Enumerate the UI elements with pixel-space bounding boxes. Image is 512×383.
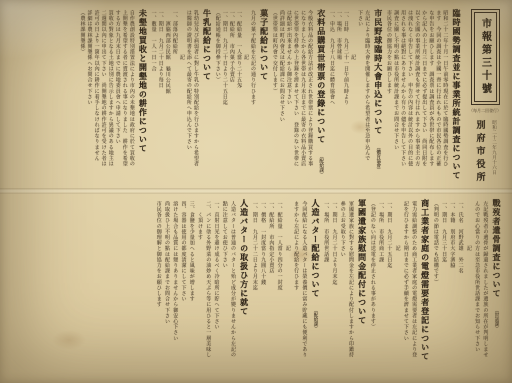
text-column: 記 bbox=[394, 201, 400, 378]
text-column: 一、部落內配給所 bbox=[172, 10, 178, 186]
text-column: 一、配給所 市內菓子小賣店 bbox=[229, 10, 235, 186]
text-column: （登記のない向は送電を停止される事があります） bbox=[370, 201, 376, 378]
text-column: 一、期日 九月二十日より月末迄 bbox=[331, 201, 337, 378]
text-column: んのでお心當りの方は至急市役所世話課までお知らせ下さい bbox=[474, 201, 480, 378]
section-headline: 市民野球臨時大會申込について （體育協會） bbox=[373, 9, 383, 186]
text-column: 記 bbox=[466, 201, 472, 378]
article-clothing-register: 衣料品購買世帯票の登錄について （配給課） 今般衣料品の配給方法が改正され世帯票… bbox=[272, 8, 326, 186]
department-attribution: （配給課） bbox=[313, 308, 318, 331]
text-column: 一、數量 一人一日一合 bbox=[150, 10, 156, 186]
text-column: 一、期日 九月三十日迄 bbox=[441, 201, 447, 378]
text-column: 自作農創設特別措置法により市內の未墾地は政府に於て買收の bbox=[129, 10, 135, 186]
text-column: 一、本籍 別府市大字濱脇 bbox=[449, 201, 455, 378]
text-column: 四、容器は使用の都度淸潔にして下さい bbox=[180, 201, 186, 378]
article-candy-ration: 菓子配給について 九月の菓子配給を左記の通り行ひます 記一、配給量 一人當り二十… bbox=[215, 8, 269, 186]
scanned-bulletin-page: 市報第三十號 （每月二回發行） 別府市役所 昭和二十二年九月十六日 臨時國勢調査… bbox=[0, 0, 512, 383]
text-column: 今回配給になる人造バターは榮養價に富み貯藏にも便利であり bbox=[301, 201, 307, 378]
article-electric-light-registry: 商工業者家庭の電燈需要者登記について 電力需給調整のため商工業者家庭の電燈需要者… bbox=[370, 198, 430, 378]
publication-date: 昭和二十二年九月十六日 bbox=[491, 120, 497, 175]
text-column: 一、期日 九月二十五日迄 bbox=[386, 201, 392, 378]
text-column: は洩れなく申告して下さい 申告の內容は統計以外の目的に使 bbox=[407, 10, 413, 186]
department-attribution: （世話課） bbox=[494, 308, 499, 331]
text-column: する方は九月末日までに農地委員會へ申請して下さい bbox=[114, 10, 120, 186]
text-column: 一、日時 九月二十一日午前九時より bbox=[343, 10, 349, 186]
text-column: 一、場所 市役所世話課 bbox=[323, 201, 329, 378]
section-headline: 商工業者家庭の電燈需要者登記について bbox=[420, 199, 430, 378]
department-attribution: （體育協會） bbox=[375, 145, 380, 172]
article-body: 左記戰歿者の遺骨が歸還されましたが遺族の所在が判明しませんのでお心當りの方は至急… bbox=[433, 198, 489, 378]
text-column: 濱脇西部公民館 龜川公民館 bbox=[165, 10, 171, 186]
text-column: 上開墾を希望する者に賣渡される事になりました 耕作を希望 bbox=[122, 10, 128, 186]
article-body: 自作農創設特別措置法により市內の未墾地は政府に於て買收の上開墾を希望する者に賣渡… bbox=[79, 8, 135, 186]
text-column: 一、直射日光を避け成るべく冷暗所に貯へて下さい bbox=[213, 201, 219, 378]
bulletin-bottom-page: 戰歿者遺骨調査について （世話課） 左記戰歿者の遺骨が歸還されましたが遺族の所在… bbox=[4, 198, 504, 378]
article-war-dead-remains: 戰歿者遺骨調査について （世話課） 左記戰歿者の遺骨が歸還されましたが遺族の所在… bbox=[433, 198, 501, 378]
text-column: になりましたから各世帯は九月末日までに最寄の衣料品小賣店 bbox=[300, 10, 306, 186]
text-column: 一、配給量 一人當り二十五匁 bbox=[236, 10, 242, 186]
text-column: は配給が出來ませんから御注意下さい bbox=[286, 10, 292, 186]
article-body: 今般衣料品の配給方法が改正され世帯票により登錄購買する事になりましたから各世帯は… bbox=[272, 8, 313, 186]
issue-title-box: 市報第三十號 bbox=[474, 12, 497, 102]
article-milk-ration: 牛乳配給について 乳幼兒及び病弱者に對し牛乳の特別配給を行ひますから希望者は醫師… bbox=[150, 8, 211, 186]
text-column: 一、申込 九月十八日迄に體育協會へ bbox=[329, 10, 335, 186]
text-column: 左記により臨時大會を開催しますから希望者は至急申込んで bbox=[364, 10, 370, 186]
text-column: 用される事は絕對にありませんから有りの儘を申告して下さい bbox=[400, 10, 406, 186]
text-column: 記 bbox=[350, 10, 356, 186]
text-column: は醫師の證明書を添へて最寄の配給所へ申込んで下さい bbox=[186, 10, 192, 186]
text-column: 買收の對象となる土地は別に告示しますから異議のある地主は bbox=[107, 10, 113, 186]
section-headline: 戰歿者遺骨調査について （世話課） bbox=[491, 199, 501, 378]
bulletin-top-page: 市報第三十號 （每月二回發行） 別府市役所 昭和二十二年九月十六日 臨時國勢調査… bbox=[4, 8, 507, 186]
text-column: 市民各位の御理解と御協力をお願ひします bbox=[156, 201, 162, 378]
text-column: 軍國遺家族に對する慰問金を左記により配付しますから印鑑持 bbox=[348, 201, 354, 378]
text-column: ます 今回の調査は全國一齊に行はれるもので市民各位の正確 bbox=[435, 10, 441, 186]
section-headline: 衣料品購買世帯票の登錄について （配給課） bbox=[316, 9, 326, 186]
article-body: 今回配給になる人造バターは榮養價に富み貯藏にも便利でありますから左記により配給を… bbox=[252, 198, 308, 378]
publisher-name: 別府市役所 bbox=[474, 120, 487, 185]
section-headline: 臨時國勢調査並に事業所統計調査について （統計課） bbox=[451, 9, 461, 186]
text-column: 昭和二十二年十月一日午前零時現在に於て臨時國勢調査を行ひ bbox=[442, 10, 448, 186]
text-column: 下さい bbox=[357, 10, 363, 186]
masthead: 市報第三十號 （每月二回發行） 別府市役所 昭和二十二年九月十六日 bbox=[465, 8, 505, 186]
text-column: 一、氏名 河野武雄 外二名 bbox=[457, 201, 463, 378]
department-attribution: （配給課） bbox=[318, 154, 323, 177]
section-headline: 未墾地買收と開墾地の耕作について bbox=[138, 9, 148, 186]
text-column: 左記戰歿者の遺骨が歸還されましたが遺族の所在が判明しませ bbox=[482, 201, 488, 378]
text-column: 一、期日 九月二十二日より月末迄 bbox=[252, 201, 258, 378]
text-column: 詳細は農林課開墾係へお問合せ下さい bbox=[86, 10, 92, 186]
text-column: 一、價格 一封度當り九圓八十錢 bbox=[260, 201, 266, 378]
article-census-survey: 臨時國勢調査並に事業所統計調査について （統計課） 昭和二十二年十月一日午前零時… bbox=[386, 8, 461, 186]
article-body: 左記により臨時大會を開催しますから希望者は至急申込んで下さい 記一、日時 九月二… bbox=[329, 8, 370, 186]
text-column: 一、場所 市營球場 bbox=[336, 10, 342, 186]
article-bereaved-family-payment: 軍國遺家族慰問金配付について 軍國遺家族に對する慰問金を左記により配付しますから… bbox=[323, 198, 367, 378]
article-body: 電力需給調整のため商工業者家庭の電燈需要者は左記により登記を行ひますから期日まで… bbox=[370, 198, 418, 378]
article-baseball-meet: 市民野球臨時大會申込について （體育協會） 左記により臨時大會を開催しますから希… bbox=[329, 8, 383, 186]
text-column: 尚詳細は町內會又は配給課にお問合せ下さい bbox=[279, 10, 285, 186]
text-column: 調査に關し不明の點は市役所統計課までお問合せ下さい bbox=[393, 10, 399, 186]
text-column: 一、期日 九月二十日より二十五日迄 bbox=[222, 10, 228, 186]
section-headline: 人造バター配給について （配給課） bbox=[310, 199, 320, 378]
article-margarine-ration: 人造バター配給について （配給課） 今回配給になる人造バターは榮養價に富み貯藏に… bbox=[252, 198, 320, 378]
text-column: 許可の日より一箇年以內に耕作に着手しなければなりません bbox=[93, 10, 99, 186]
text-column: 溶けた場合も品質には變りありませんから御安心下さい bbox=[172, 201, 178, 378]
publication-block: 別府市役所 昭和二十二年九月十六日 bbox=[474, 120, 497, 185]
text-column: 一、配給量 一人當り四分の一封度 bbox=[276, 201, 282, 378]
text-column: （判明の節は電話でも結構です） bbox=[433, 201, 439, 378]
text-column: （世帯票は町內會で交付します） bbox=[272, 10, 278, 186]
section-headline: 人造バターの取扱ひ方に就て bbox=[239, 199, 249, 378]
text-column: な申告をお願ひします 調査票は調査員が各世帯に配布します bbox=[428, 10, 434, 186]
text-column: 記 bbox=[179, 10, 185, 186]
text-column: 一、場所 市役所商工課 bbox=[378, 201, 384, 378]
text-column: 三、食鹽を少量加へると風味が增します bbox=[189, 201, 195, 378]
issue-note: （每月二回發行） bbox=[469, 108, 501, 114]
text-column: 乳幼兒及び病弱者に對し牛乳の特別配給を行ひますから希望者 bbox=[193, 10, 199, 186]
article-margarine-handling: 人造バターの取扱ひ方に就て 人造バターは普通のバターと殆ど成分が變りませんから左… bbox=[156, 198, 249, 378]
text-column: 記を行ひますから期日までに必ず手續を濟ませて下さい bbox=[403, 201, 409, 378]
text-column: 記 bbox=[285, 201, 291, 378]
text-column: 尚取扱ひ上不明の點は配給課までお問合せ下さい bbox=[164, 201, 170, 378]
text-column: 參の上お受取り下さい bbox=[339, 201, 345, 378]
article-body: 人造バターは普通のバターと殆ど成分が變りませんから左記の點に注意してお使ひ下さい… bbox=[156, 198, 237, 378]
article-body: 乳幼兒及び病弱者に對し牛乳の特別配給を行ひますから希望者は醫師の證明書を添へて最… bbox=[150, 8, 199, 186]
text-column: 以て全國の事業所統計調査も併せて行はれますから事業主の方 bbox=[414, 10, 420, 186]
text-column: 二週間以內に申出て下さい 尚開墾地の耕作許可を受けた者は bbox=[100, 10, 106, 186]
text-column: 今般衣料品の配給方法が改正され世帯票により登錄購買する事 bbox=[307, 10, 313, 186]
text-column: 二、パンに塗る外野菜の油炒め天ぷら等に用ひると一層美味し bbox=[205, 201, 211, 378]
text-column: ますから左記により配給を行ひます bbox=[293, 201, 299, 378]
article-body: 昭和二十二年十月一日午前零時現在に於て臨時國勢調査を行ひます 今回の調査は全國一… bbox=[386, 8, 449, 186]
text-column: から記入の上十月三日までに必ず提出して下さい 尚同日附を bbox=[421, 10, 427, 186]
article-uncultivated-land: 未墾地買收と開墾地の耕作について 自作農創設特別措置法により市內の未墾地は政府に… bbox=[79, 8, 147, 186]
fold-crease bbox=[0, 188, 512, 194]
text-column: 人造バターは普通のバターと殆ど成分が變りませんから左記の bbox=[230, 201, 236, 378]
text-column: 一、期日 九月二十日より每日 bbox=[157, 10, 163, 186]
text-column: （配給通帳を御持參下さい） bbox=[215, 10, 221, 186]
text-column: 市民各位の御協力をお願ひします bbox=[386, 10, 392, 186]
text-column: 九月の菓子配給を左記の通り行ひます bbox=[250, 10, 256, 186]
text-column: に世帯票を持參の上登錄を濟ませて下さい 登錄のない世帯に bbox=[293, 10, 299, 186]
article-body: 軍國遺家族に對する慰問金を左記により配付しますから印鑑持參の上お受取り下さい一、… bbox=[323, 198, 354, 378]
text-column: 一、配給所 市內指定小賣店 bbox=[268, 201, 274, 378]
section-headline: 軍國遺家族慰問金配付について bbox=[357, 199, 367, 378]
text-column: く頂けます bbox=[197, 201, 203, 378]
text-column: 記 bbox=[243, 10, 249, 186]
section-headline: 菓子配給について bbox=[259, 9, 269, 186]
article-body: 九月の菓子配給を左記の通り行ひます 記一、配給量 一人當り二十五匁一、配給所 市… bbox=[215, 8, 256, 186]
text-column: 點に注意してお使ひ下さい bbox=[222, 201, 228, 378]
text-column: （農林課開墾係） bbox=[79, 10, 85, 186]
section-headline: 牛乳配給について bbox=[202, 9, 212, 186]
text-column: 電力需給調整のため商工業者家庭の電燈需要者は左記により登 bbox=[411, 201, 417, 378]
